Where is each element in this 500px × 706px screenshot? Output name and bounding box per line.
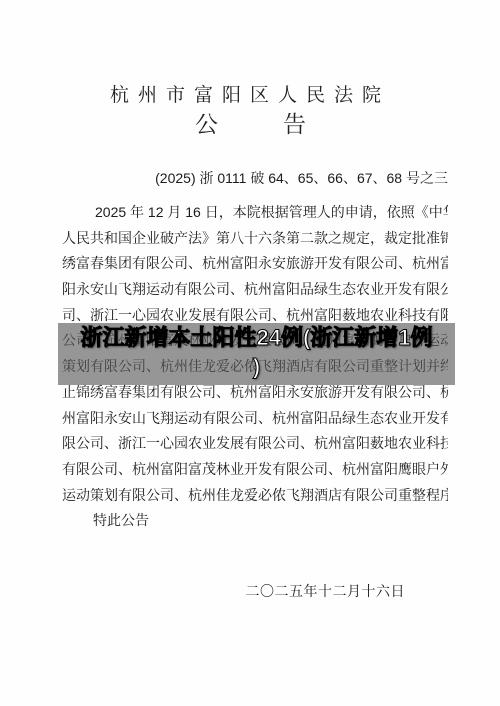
body-line: 限公司、浙江一心园农业发展有限公司、杭州富阳薮地农业科技 [62, 431, 448, 457]
closing-line: 特此公告 [62, 508, 448, 534]
notice-title: 公 告 [0, 106, 500, 139]
body-line: 运动策划有限公司、杭州佳龙爱必侬飞翔酒店有限公司重整程序。 [62, 483, 448, 509]
case-number: (2025) 浙 0111 破 64、65、66、67、68 号之三 [62, 168, 448, 188]
caption-overlay: 浙江新增本土阳性24例(浙江新增1例 ) [58, 323, 455, 385]
court-name-heading: 杭州市富阳区人民法院 [0, 80, 500, 107]
body-line: 有限公司、杭州富阳富茂林业开发有限公司、杭州富阳鹰眼户外 [62, 457, 448, 483]
body-line: 阳永安山飞翔运动有限公司、杭州富阳品绿生态农业开发有限公 [62, 277, 448, 303]
date-line: 二〇二五年十二月十六日 [246, 581, 406, 601]
court-notice-page: 杭州市富阳区人民法院 公 告 (2025) 浙 0111 破 64、65、66、… [0, 0, 500, 706]
body-line: 2025 年 12 月 16 日，本院根据管理人的申请，依照《中华 [62, 200, 448, 226]
body-line: 人民共和国企业破产法》第八十六条第二款之规定，裁定批准锦 [62, 226, 448, 252]
caption-text-line2: ) [253, 352, 260, 381]
caption-text-line1: 浙江新增本土阳性24例(浙江新增1例 [80, 323, 432, 352]
body-line: 州富阳永安山飞翔运动有限公司、杭州富阳品绿生态农业开发有 [62, 406, 448, 432]
body-line: 绣富春集团有限公司、杭州富阳永安旅游开发有限公司、杭州富 [62, 251, 448, 277]
